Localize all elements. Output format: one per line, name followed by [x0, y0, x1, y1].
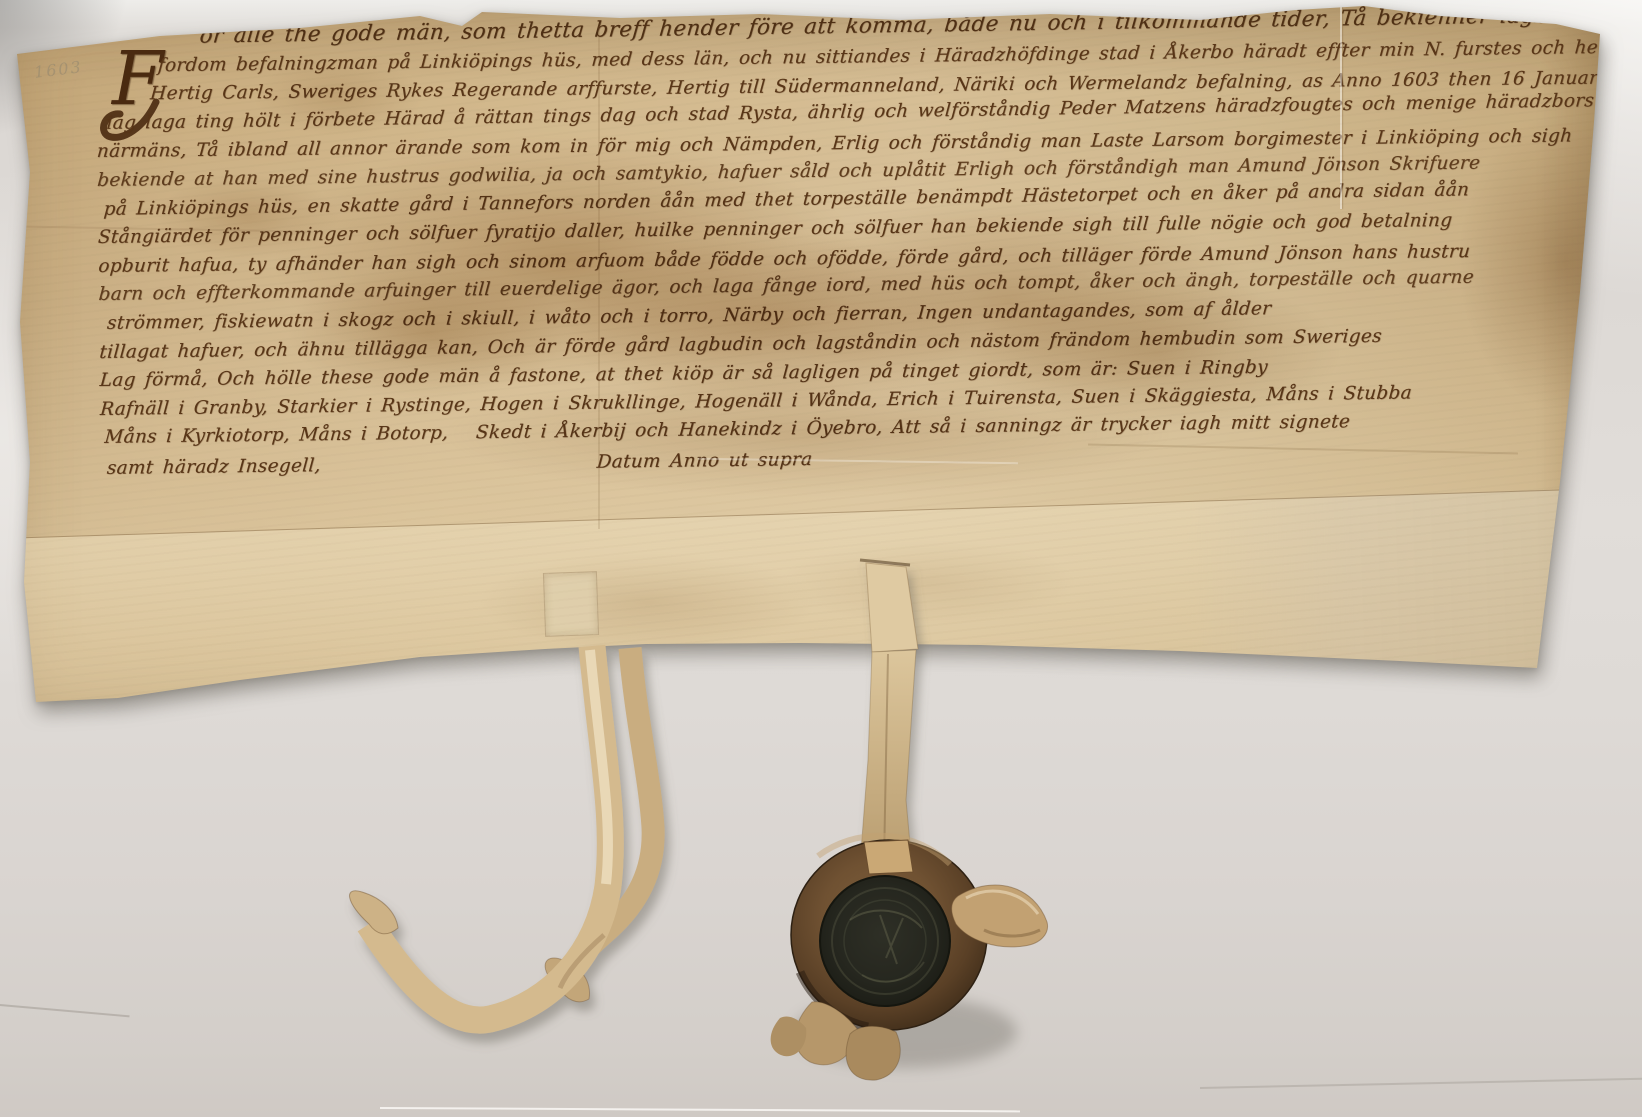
curl-highlight [966, 891, 1038, 914]
ribbon-shade [560, 935, 604, 988]
curled-tag-end-bottom [846, 1026, 900, 1080]
seal-impression-ring [844, 900, 926, 982]
pencil-annotation: 1603 [33, 57, 84, 82]
seal-impression [820, 876, 950, 1006]
curled-tag-end-right [952, 885, 1048, 947]
parchment-document: 1603 F ör alle the gode män, som thetta … [8, 2, 1610, 716]
seal-impression-ring [832, 888, 938, 994]
ribbon-tip [350, 891, 398, 934]
curled-tag-end-bottom [771, 1016, 807, 1056]
manuscript-lines: ör alle the gode män, som thetta breff h… [94, 5, 1590, 483]
seal-wax-rim [791, 840, 987, 1030]
ribbon-tip [545, 958, 589, 1002]
curled-tag-end-bottom [795, 1002, 858, 1065]
backdrop-sheet-edge [0, 1004, 130, 1017]
seal-scratch [862, 962, 924, 981]
seal-tag-slit [543, 571, 599, 637]
seal-shadow [793, 996, 1017, 1068]
wax-seal [771, 836, 1048, 1080]
seal-rim-shade [800, 972, 868, 1027]
tag-entering-wax [864, 840, 913, 874]
seal-scratch [880, 915, 903, 964]
backdrop-sheet-edge [380, 1107, 1020, 1112]
plica-fold [0, 487, 1642, 734]
curl-line [984, 930, 1040, 936]
photo-of-parchment-charter: 1603 F ör alle the gode män, som thetta … [0, 0, 1642, 1117]
backdrop-sheet-edge [1200, 1077, 1642, 1088]
seal-scratch [850, 911, 922, 928]
parchment-surface: 1603 F ör alle the gode män, som thetta … [8, 2, 1610, 716]
seal-rim-highlight [818, 836, 950, 864]
